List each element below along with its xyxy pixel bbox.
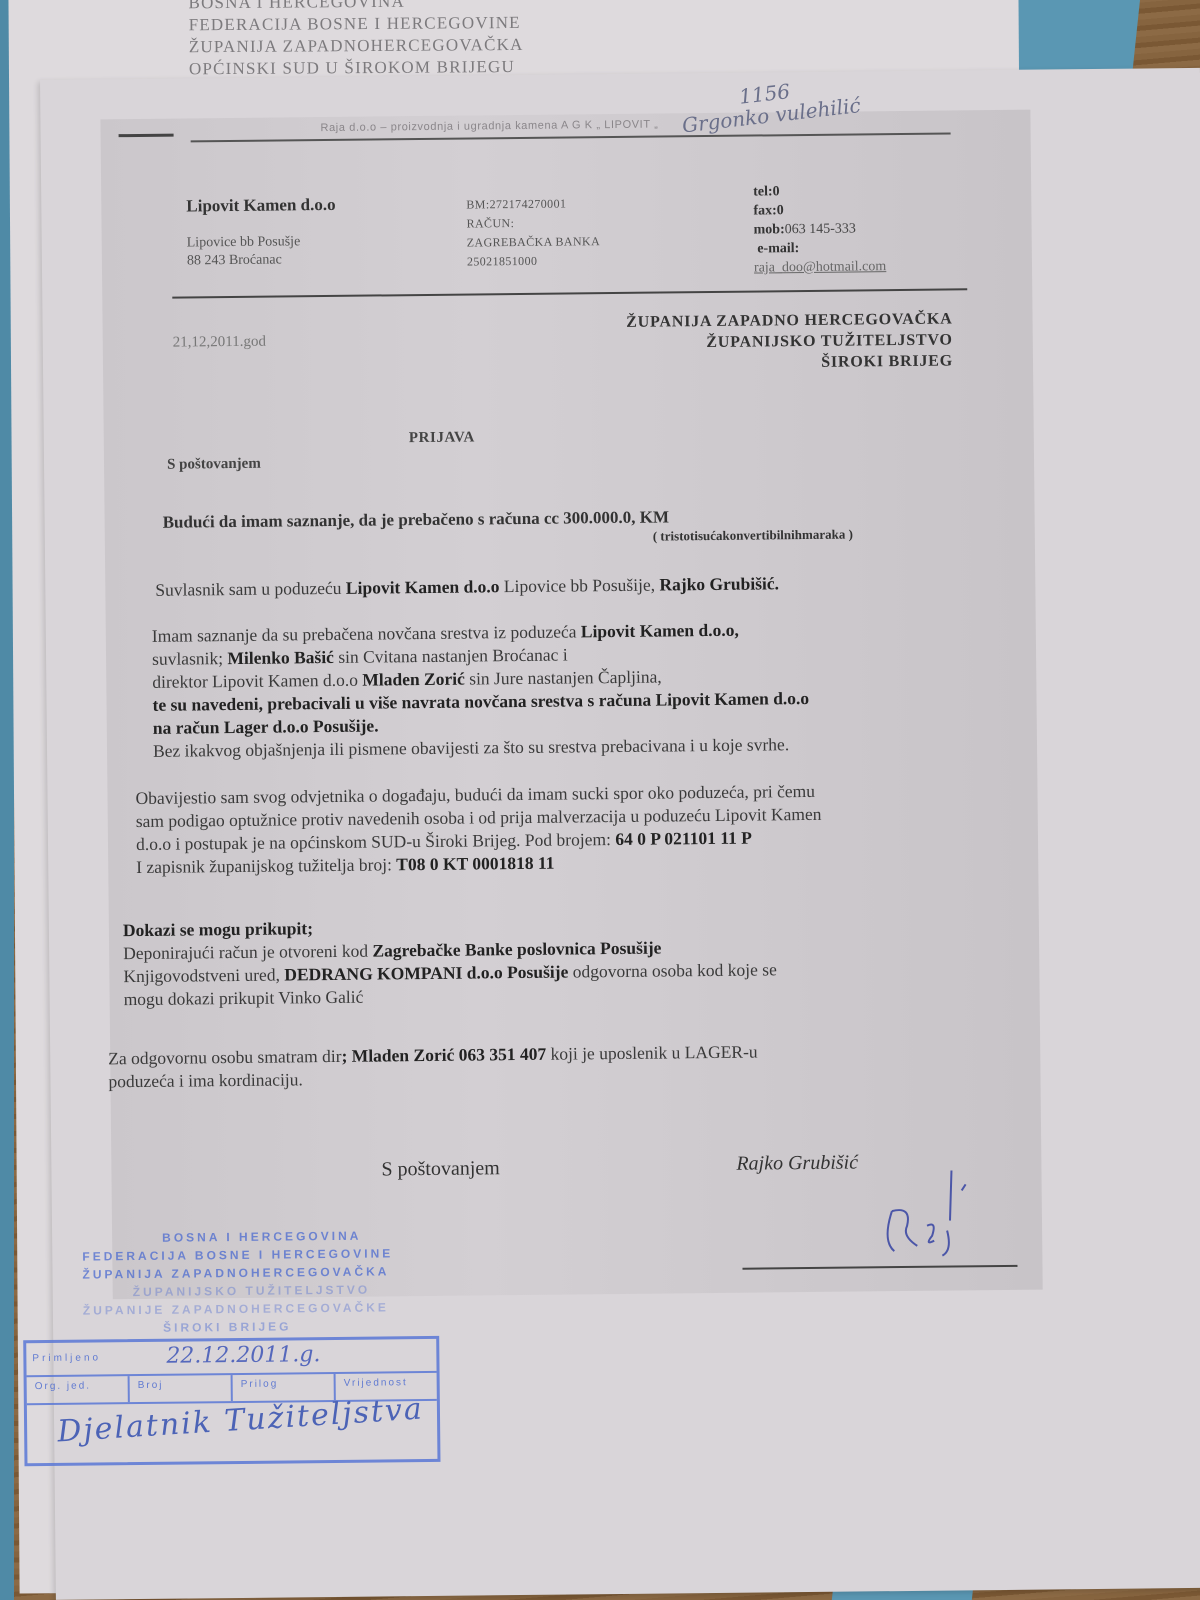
bm-number: BM:272174270001 <box>466 194 600 214</box>
fax: fax:0 <box>753 203 783 218</box>
account-number: 25021851000 <box>467 251 601 271</box>
text: Lipovit Kamen d.o.o <box>346 576 500 598</box>
text: Deponirajući račun je otvoreni kod <box>123 941 372 964</box>
closing: S poštovanjem <box>381 1157 500 1181</box>
court-header-line: ŽUPANIJA ZAPADNOHERCEGOVAČKA <box>189 34 524 58</box>
text: Imam saznanje da su prebačena novčana sr… <box>152 621 581 645</box>
stamp-date: 22.12.2011.g. <box>166 1342 320 1369</box>
text: I zapisnik županijskog tužitelja broj: <box>136 854 396 877</box>
text: odgovorna osoba kod koje se <box>568 959 777 981</box>
mob-number: 063 145-333 <box>785 221 856 237</box>
text: Knjigovodstveni ured, <box>123 964 284 986</box>
text: Mladen Zorić <box>362 669 465 690</box>
pen-mark <box>119 134 174 138</box>
company-address: Lipovice bb Posušje 88 243 Broćanac <box>187 233 337 271</box>
tel: tel:0 <box>753 184 780 199</box>
company-name: Lipovit Kamen d.o.o <box>186 195 335 217</box>
stamp-date-row: Primljeno 22.12.2011.g. <box>26 1339 436 1377</box>
greeting: S poštovanjem <box>167 456 261 474</box>
text: DEDRANG KOMPANI d.o.o Posušije <box>284 962 568 985</box>
amount-in-words: ( tristotisućakonvertibilnihmaraka ) <box>653 527 853 545</box>
email-label: e-mail: <box>757 241 799 256</box>
stamp-col: Org. jed. <box>27 1376 130 1403</box>
text: koji je uposlenik u LAGER-u <box>546 1042 758 1064</box>
address-line: Lipovice bb Posušje <box>187 233 336 253</box>
bank-name: ZAGREBAČKA BANKA <box>467 232 601 252</box>
court-header-line: FEDERACIJA BOSNE I HERCEGOVINE <box>189 12 524 36</box>
text: Rajko Grubišić. <box>659 573 779 594</box>
text: Suvlasnik sam u poduzeću <box>155 578 346 600</box>
complaint-letter: 1156 Grgonko vulehilić Raja d.o.o – proi… <box>40 68 1200 1600</box>
company-block: Lipovit Kamen d.o.o Lipovice bb Posušje … <box>186 195 336 271</box>
paragraph-3: Obavijestio sam svog odvjetnika o događa… <box>135 780 822 879</box>
text: Dokazi se mogu prikupit; <box>123 918 313 940</box>
text: direktor Lipovit Kamen d.o.o <box>152 670 362 692</box>
court-stamp-header: BOSNA I HERCEGOVINA FEDERACIJA BOSNE I H… <box>82 1226 394 1337</box>
bank-block: BM:272174270001 RAČUN: ZAGREBAČKA BANKA … <box>466 194 600 271</box>
text: Milenko Bašić <box>227 647 334 668</box>
address-line: 88 243 Broćanac <box>187 251 336 271</box>
letter-date: 21,12,2011.god <box>173 334 266 352</box>
contact-block: tel:0 fax:0 mob:063 145-333 e-mail: raja… <box>753 181 886 277</box>
text: sin Jure nastanjen Čapljina, <box>465 667 662 689</box>
text: T08 0 KT 0001818 11 <box>396 853 554 875</box>
stamp-line: ŠIROKI BRIJEG <box>163 1316 394 1336</box>
text: sin Cvitana nastanjen Broćanac i <box>334 645 568 667</box>
text: Lipovit Kamen d.o.o, <box>581 620 739 642</box>
recipient-line: ŠIROKI BRIJEG <box>523 350 953 376</box>
text: Zagrebačke Banke poslovnica Posušije <box>372 938 661 961</box>
paragraph-2: Imam saznanje da su prebačena novčana sr… <box>152 618 810 763</box>
text: Za odgovornu osobu smatram dir <box>108 1046 341 1068</box>
text: te su navedeni, prebacivali u više navra… <box>152 688 809 715</box>
received-stamp: Primljeno 22.12.2011.g. Org. jed. Broj P… <box>23 1336 440 1466</box>
paragraph-4: Dokazi se mogu prikupit; Deponirajući ra… <box>123 912 777 1011</box>
text: suvlasnik; <box>152 648 228 669</box>
signer-name: Rajko Grubišić <box>736 1151 858 1175</box>
text: Lipovice bb Posušije, <box>499 575 659 597</box>
mob-label: mob: <box>754 222 785 237</box>
text: 64 0 P 021101 11 P <box>615 828 752 849</box>
signature-icon <box>871 1150 992 1261</box>
text: ; Mladen Zorić 063 351 407 <box>341 1044 546 1066</box>
text: na račun Lager d.o.o Posušije. <box>153 715 379 737</box>
recipient: ŽUPANIJA ZAPADNO HERCEGOVAČKA ŽUPANIJSKO… <box>522 308 953 375</box>
stamp-label: Primljeno <box>32 1352 101 1364</box>
text: d.o.o i postupak je na općinskom SUD-u Š… <box>136 829 615 854</box>
stamp-col: Broj <box>130 1375 233 1402</box>
account-label: RAČUN: <box>466 213 600 233</box>
email-link[interactable]: raja_doo@hotmail.com <box>754 257 886 277</box>
document-title: PRIJAVA <box>409 429 475 447</box>
paragraph-5: Za odgovornu osobu smatram dir; Mladen Z… <box>108 1041 758 1094</box>
